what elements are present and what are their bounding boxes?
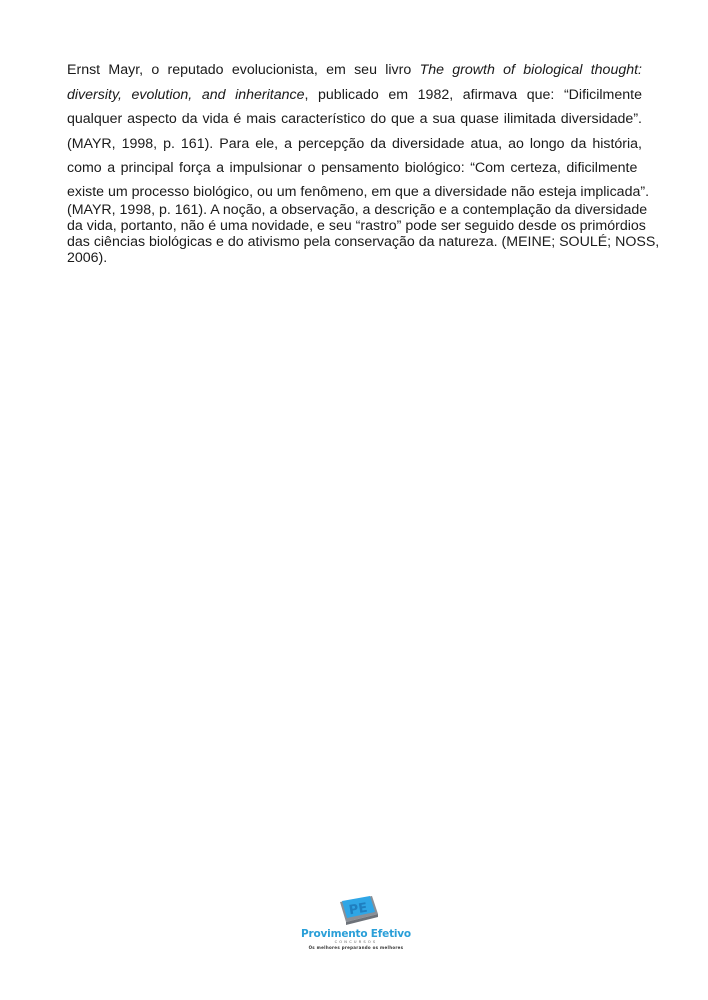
line-text: como a principal força a impulsionar o p… bbox=[67, 160, 637, 176]
line-text: , publicado em 1982, afirmava que: “Difi… bbox=[305, 87, 643, 103]
book-title-italic: diversity, evolution, and inheritance bbox=[67, 87, 305, 103]
text-line-1: Ernst Mayr, o reputado evolucionista, em… bbox=[67, 62, 642, 79]
line-text: (MAYR, 1998, p. 161). Para ele, a percep… bbox=[67, 136, 642, 152]
line-text: Ernst Mayr, o reputado evolucionista, em… bbox=[67, 62, 420, 78]
text-line-9: das ciências biológicas e do ativismo pe… bbox=[67, 234, 642, 251]
text-line-8: da vida, portanto, não é uma novidade, e… bbox=[67, 218, 642, 235]
text-line-3: qualquer aspecto da vida é mais caracter… bbox=[67, 111, 642, 128]
text-line-5: como a principal força a impulsionar o p… bbox=[67, 160, 642, 177]
footer-logo: PE Provimento Efetivo CONCURSOS Os melho… bbox=[300, 888, 412, 954]
line-text: das ciências biológicas e do ativismo pe… bbox=[67, 234, 659, 250]
text-line-4: (MAYR, 1998, p. 161). Para ele, a percep… bbox=[67, 136, 642, 153]
pe-cube-logo-icon: PE bbox=[334, 894, 380, 926]
line-text: qualquer aspecto da vida é mais caracter… bbox=[67, 111, 642, 127]
line-text: existe um processo biológico, ou um fenô… bbox=[67, 184, 649, 200]
text-line-7: (MAYR, 1998, p. 161). A noção, a observa… bbox=[67, 202, 642, 219]
book-title-italic: The growth of biological thought: bbox=[420, 62, 642, 78]
document-page: Ernst Mayr, o reputado evolucionista, em… bbox=[0, 0, 708, 1000]
brand-tagline: Os melhores preparando os melhores bbox=[300, 945, 412, 950]
text-line-10: 2006). bbox=[67, 250, 642, 267]
brand-name: Provimento Efetivo bbox=[300, 928, 412, 940]
line-text: 2006). bbox=[67, 250, 107, 266]
svg-text:PE: PE bbox=[348, 901, 369, 919]
line-text: (MAYR, 1998, p. 161). A noção, a observa… bbox=[67, 202, 647, 218]
line-text: da vida, portanto, não é uma novidade, e… bbox=[67, 218, 646, 234]
text-line-2: diversity, evolution, and inheritance, p… bbox=[67, 87, 642, 104]
text-line-6: existe um processo biológico, ou um fenô… bbox=[67, 184, 642, 201]
brand-subtitle: CONCURSOS bbox=[300, 940, 412, 944]
